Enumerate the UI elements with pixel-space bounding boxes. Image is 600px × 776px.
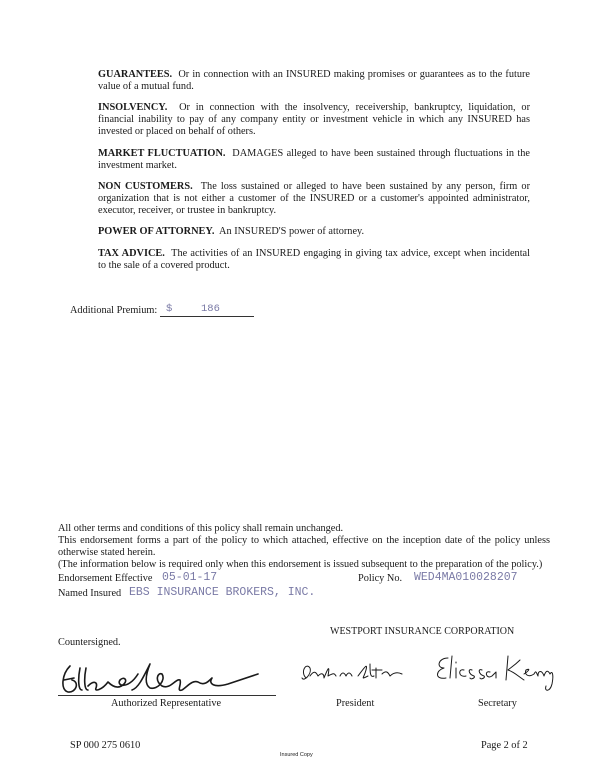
exclusion-text: An INSURED'S power of attorney. (219, 226, 364, 237)
policy-number-label: Policy No. (358, 573, 402, 585)
exclusion-term: POWER OF ATTORNEY (98, 226, 212, 237)
endorsement-effective-label: Endorsement Effective (58, 573, 152, 585)
exclusion-insolvency: INSOLVENCY. Or in connection with the in… (98, 102, 530, 139)
insured-copy-label: Insured Copy (280, 752, 313, 758)
president-signature (298, 658, 408, 688)
secretary-label: Secretary (478, 698, 517, 710)
additional-premium-field: $ 186 (160, 303, 254, 317)
page-number: Page 2 of 2 (481, 740, 528, 752)
additional-premium-label: Additional Premium: (70, 305, 157, 317)
policy-number-value: WED4MA010028207 (414, 571, 518, 584)
exclusion-term: MARKET FLUCTUATION (98, 148, 223, 159)
company-name: WESTPORT INSURANCE CORPORATION (330, 626, 514, 637)
exclusion-term: TAX ADVICE (98, 248, 162, 259)
authorized-signature-line (58, 695, 276, 696)
form-number: SP 000 275 0610 (70, 740, 140, 752)
named-insured-value: EBS INSURANCE BROKERS, INC. (129, 586, 315, 599)
secretary-signature (434, 652, 559, 694)
authorized-representative-label: Authorized Representative (111, 698, 221, 710)
named-insured-label: Named Insured (58, 588, 121, 600)
terms-unchanged: All other terms and conditions of this p… (58, 523, 550, 535)
president-label: President (336, 698, 374, 710)
exclusion-term: INSOLVENCY (98, 102, 165, 113)
terms-info-note: (The information below is required only … (58, 559, 558, 571)
exclusion-tax-advice: TAX ADVICE. The activities of an INSURED… (98, 248, 530, 272)
exclusion-term: NON CUSTOMERS (98, 181, 190, 192)
exclusion-guarantees: GUARANTEES. Or in connection with an INS… (98, 69, 530, 93)
premium-amount: 186 (201, 303, 220, 315)
premium-currency: $ (166, 303, 172, 315)
terms-forms-part: This endorsement forms a part of the pol… (58, 535, 550, 559)
authorized-signature (58, 660, 258, 700)
exclusion-term: GUARANTEES (98, 69, 170, 80)
endorsement-effective-value: 05-01-17 (162, 571, 217, 584)
exclusion-market-fluctuation: MARKET FLUCTUATION. DAMAGES alleged to h… (98, 148, 530, 172)
exclusion-power-of-attorney: POWER OF ATTORNEY. An INSURED'S power of… (98, 226, 530, 238)
countersigned-label: Countersigned. (58, 637, 121, 649)
exclusion-non-customers: NON CUSTOMERS. The loss sustained or all… (98, 181, 530, 218)
